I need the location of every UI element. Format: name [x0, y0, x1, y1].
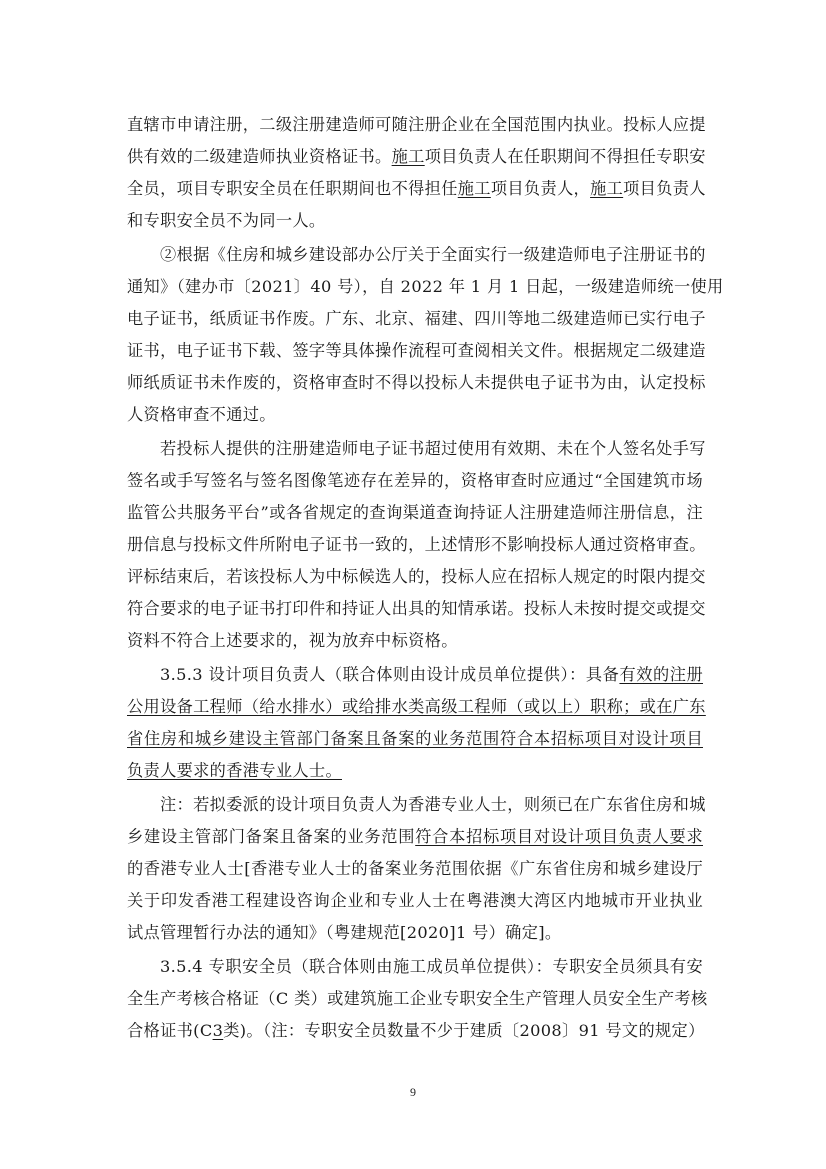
text-line: 关于印发香港工程建设咨询企业和专业人士在粤港澳大湾区内地城市开业执业 [127, 889, 703, 913]
underlined-text: 有效的注册 [619, 665, 703, 684]
underlined-text: 3 [213, 1021, 224, 1040]
text-line: 3.5.4 专职安全员（联合体则由施工成员单位提供）：专职安全员须具有安 [160, 955, 703, 979]
text-segment: ②根据《住房和城乡建设部办公厅关于全面实行一级建造师电子注册证书的 [160, 245, 706, 264]
text-segment: 合格证书(C [127, 1021, 213, 1040]
text-line: 电子证书，纸质证书作废。广东、北京、福建、四川等地二级建造师已实行电子 [127, 307, 703, 331]
text-segment: 通知》（建办市〔2021〕40 号），自 2022 年 1 月 1 日起，一级建… [127, 277, 724, 296]
page-number: 9 [0, 1085, 826, 1100]
text-segment: 资料不符合上述要求的，视为放弃中标资格。 [127, 631, 458, 650]
text-segment: 关于印发香港工程建设咨询企业和专业人士在粤港澳大湾区内地城市开业执业 [127, 891, 703, 910]
text-line: 全生产考核合格证（C 类）或建筑施工企业专职安全生产管理人员安全生产考核 [127, 987, 703, 1011]
text-line: 的香港专业人士[香港专业人士的备案业务范围依据《广东省住房和城乡建设厅 [127, 857, 703, 881]
underlined-text: 符合本招标项目对设计项目负责人要求 [415, 827, 703, 846]
text-line: 签名或手写签名与签名图像笔迹存在差异的，资格审查时应通过“全国建筑市场 [127, 469, 703, 493]
text-line: 通知》（建办市〔2021〕40 号），自 2022 年 1 月 1 日起，一级建… [127, 275, 703, 299]
text-segment: 3.5.4 专职安全员（联合体则由施工成员单位提供）：专职安全员须具有安 [160, 957, 703, 976]
text-line: 册信息与投标文件所附电子证书一致的，上述情形不影响投标人通过资格审查。 [127, 533, 703, 557]
text-segment: 项目负责人 [623, 179, 706, 198]
text-segment: 和专职安全员不为同一人。 [127, 211, 325, 230]
text-segment: 项目负责人， [491, 179, 590, 198]
document-page: 直辖市申请注册，二级注册建造师可随注册企业在全国范围内执业。投标人应提供有效的二… [0, 0, 826, 1169]
text-segment: 全生产考核合格证（C 类）或建筑施工企业专职安全生产管理人员安全生产考核 [127, 989, 708, 1008]
text-line: 人资格审查不通过。 [127, 403, 703, 427]
text-segment: 全员，项目专职安全员在任职期间也不得担任 [127, 179, 458, 198]
underlined-text: 施工 [392, 147, 425, 166]
text-segment: 项目负责人在任职期间不得担任专职安 [425, 147, 706, 166]
text-segment: 监管公共服务平台”或各省规定的查询渠道查询持证人注册建造师注册信息，注 [127, 503, 703, 522]
text-line: 3.5.3 设计项目负责人（联合体则由设计成员单位提供）：具备有效的注册 [160, 663, 703, 687]
text-line: 全员，项目专职安全员在任职期间也不得担任施工项目负责人，施工项目负责人 [127, 177, 703, 201]
text-segment: 注：若拟委派的设计项目负责人为香港专业人士，则须已在广东省住房和城 [160, 795, 706, 814]
text-line: 公用设备工程师（给水排水）或给排水类高级工程师（或以上）职称；或在广东 [127, 695, 703, 719]
text-line: 负责人要求的香港专业人士。 [127, 759, 703, 783]
text-line: 若投标人提供的注册建造师电子证书超过使用有效期、未在个人签名处手写 [160, 437, 703, 461]
text-line: 乡建设主管部门备案且备案的业务范围符合本招标项目对设计项目负责人要求 [127, 825, 703, 849]
underlined-text: 省住房和城乡建设主管部门备案且备案的业务范围符合本招标项目对设计项目 [127, 729, 703, 748]
text-line: 注：若拟委派的设计项目负责人为香港专业人士，则须已在广东省住房和城 [160, 793, 703, 817]
text-line: 供有效的二级建造师执业资格证书。施工项目负责人在任职期间不得担任专职安 [127, 145, 703, 169]
text-line: 师纸质证书未作废的，资格审查时不得以投标人未提供电子证书为由，认定投标 [127, 371, 703, 395]
text-segment: 的香港专业人士[香港专业人士的备案业务范围依据《广东省住房和城乡建设厅 [127, 859, 703, 878]
text-segment: 3.5.3 设计项目负责人（联合体则由设计成员单位提供）：具备 [160, 665, 619, 684]
text-segment: 人资格审查不通过。 [127, 405, 276, 424]
text-segment: 供有效的二级建造师执业资格证书。 [127, 147, 392, 166]
text-segment: 签名或手写签名与签名图像笔迹存在差异的，资格审查时应通过“全国建筑市场 [127, 471, 703, 490]
underlined-text: 公用设备工程师（给水排水）或给排水类高级工程师（或以上）职称；或在广东 [127, 697, 706, 716]
text-line: 符合要求的电子证书打印件和持证人出具的知情承诺。投标人未按时提交或提交 [127, 597, 703, 621]
text-line: 评标结束后，若该投标人为中标候选人的，投标人应在招标人规定的时限内提交 [127, 565, 703, 589]
text-segment: 评标结束后，若该投标人为中标候选人的，投标人应在招标人规定的时限内提交 [127, 567, 706, 586]
text-line: 省住房和城乡建设主管部门备案且备案的业务范围符合本招标项目对设计项目 [127, 727, 703, 751]
text-line: 直辖市申请注册，二级注册建造师可随注册企业在全国范围内执业。投标人应提 [127, 113, 703, 137]
text-line: ②根据《住房和城乡建设部办公厅关于全面实行一级建造师电子注册证书的 [160, 243, 703, 267]
text-segment: 直辖市申请注册，二级注册建造师可随注册企业在全国范围内执业。投标人应提 [127, 115, 706, 134]
text-line: 合格证书(C3类)。（注：专职安全员数量不少于建质〔2008〕91 号文的规定） [127, 1019, 703, 1043]
text-segment: 册信息与投标文件所附电子证书一致的，上述情形不影响投标人通过资格审查。 [127, 535, 706, 554]
text-segment: 证书，电子证书下载、签字等具体操作流程可查阅相关文件。根据规定二级建造 [127, 341, 706, 360]
text-line: 和专职安全员不为同一人。 [127, 209, 703, 233]
text-segment: 师纸质证书未作废的，资格审查时不得以投标人未提供电子证书为由，认定投标 [127, 373, 706, 392]
underlined-text: 施工 [590, 179, 623, 198]
text-line: 证书，电子证书下载、签字等具体操作流程可查阅相关文件。根据规定二级建造 [127, 339, 703, 363]
underlined-text: 施工 [458, 179, 491, 198]
text-segment: 乡建设主管部门备案且备案的业务范围 [127, 827, 415, 846]
text-segment: 若投标人提供的注册建造师电子证书超过使用有效期、未在个人签名处手写 [160, 439, 706, 458]
text-segment: 电子证书，纸质证书作废。广东、北京、福建、四川等地二级建造师已实行电子 [127, 309, 706, 328]
text-segment: 类)。（注：专职安全员数量不少于建质〔2008〕91 号文的规定） [223, 1021, 704, 1040]
text-segment: 试点管理暂行办法的通知》（粤建规范[2020]1 号）确定]。 [127, 923, 561, 942]
text-line: 资料不符合上述要求的，视为放弃中标资格。 [127, 629, 703, 653]
text-segment: 符合要求的电子证书打印件和持证人出具的知情承诺。投标人未按时提交或提交 [127, 599, 706, 618]
text-line: 监管公共服务平台”或各省规定的查询渠道查询持证人注册建造师注册信息，注 [127, 501, 703, 525]
underlined-text: 负责人要求的香港专业人士。 [127, 761, 342, 780]
text-line: 试点管理暂行办法的通知》（粤建规范[2020]1 号）确定]。 [127, 921, 703, 945]
